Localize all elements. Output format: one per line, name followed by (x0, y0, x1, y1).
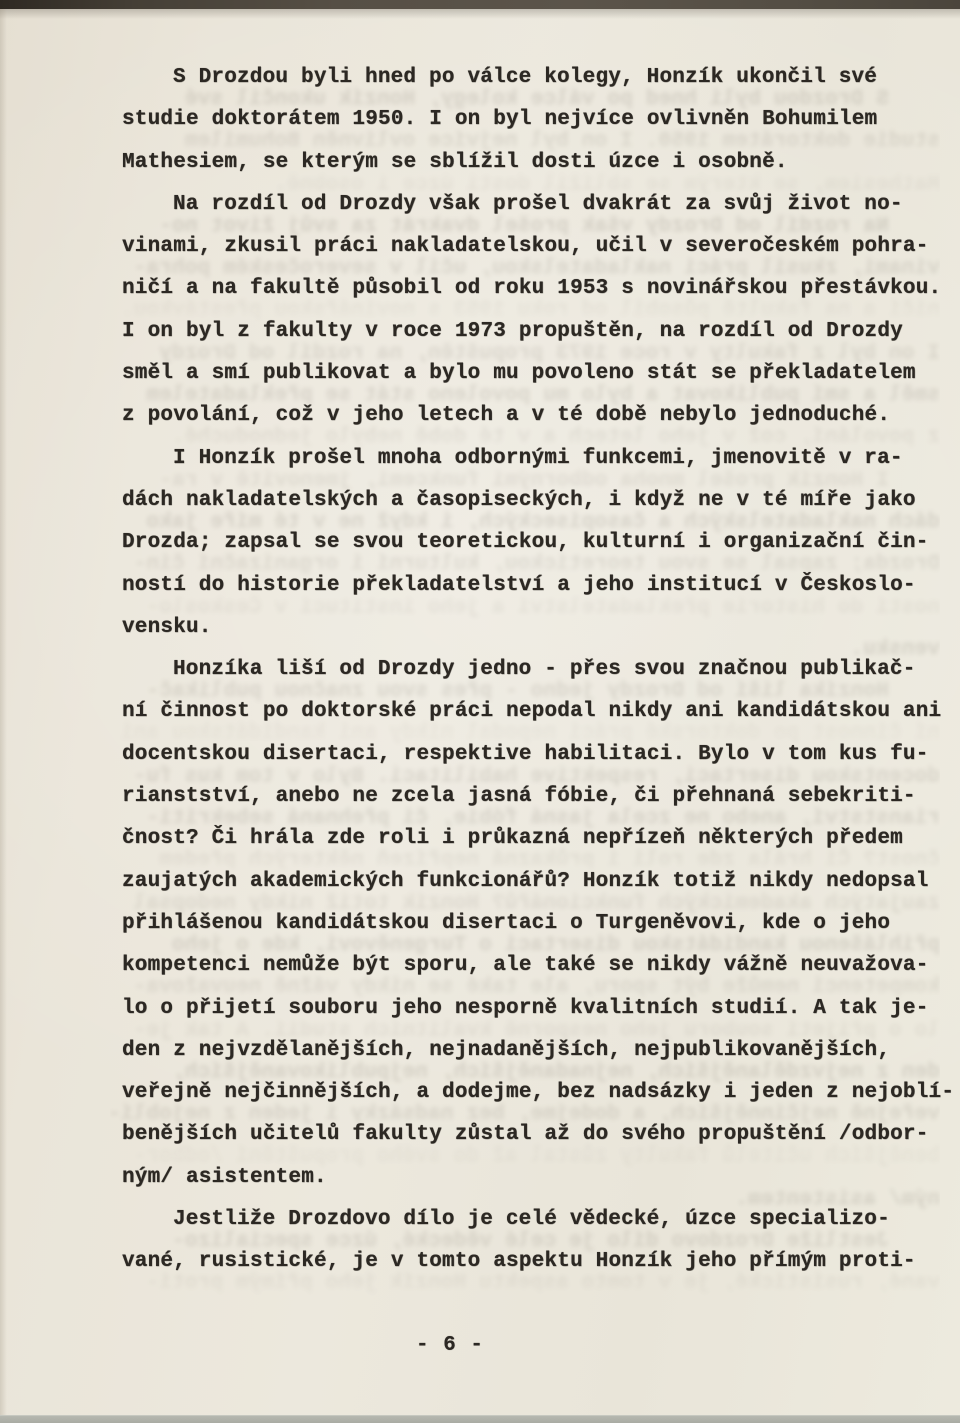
text-line: Jestliže Drozdovo dílo je celé vědecké, … (122, 1199, 952, 1241)
text-line: rianstství, anebo ne zcela jasná fóbie, … (122, 776, 952, 818)
text-line: vensku. (122, 607, 952, 649)
text-line: směl a smí publikovat a bylo mu povoleno… (122, 353, 952, 395)
text-line: lo o přijetí souboru jeho nesporně kvali… (122, 988, 952, 1030)
text-line: Na rozdíl od Drozdy však prošel dvakrát … (122, 184, 952, 226)
text-line: I Honzík prošel mnoha odbornými funkcemi… (122, 438, 952, 480)
text-line: z povolání, což v jeho letech a v té dob… (122, 395, 952, 437)
text-line: ností do historie překladatelství a jeho… (122, 565, 952, 607)
text-line: benějších učitelů fakulty zůstal až do s… (122, 1114, 952, 1156)
scanned-page: S Drozdou byli hned po válce kolegy, Hon… (0, 0, 960, 1423)
scan-left-edge (0, 9, 7, 1416)
text-line: přihlášenou kandidátskou disertaci o Tur… (122, 903, 952, 945)
typewritten-text-block: S Drozdou byli hned po válce kolegy, Hon… (122, 57, 952, 1284)
text-line: den z nejvzdělanějších, nejnadanějších, … (122, 1030, 952, 1072)
text-line: kompetenci nemůže být sporu, ale také se… (122, 945, 952, 987)
text-line: ní činnost po doktorské práci nepodal ni… (122, 691, 952, 733)
text-line: I on byl z fakulty v roce 1973 propuštěn… (122, 311, 952, 353)
text-line: Mathesiem, se kterým se sblížil dosti úz… (122, 142, 952, 184)
text-line: vané, rusistické, je v tomto aspektu Hon… (122, 1241, 952, 1283)
text-line: zaujatých akademických funkcionářů? Honz… (122, 861, 952, 903)
text-line: Honzíka liší od Drozdy jedno - přes svou… (122, 649, 952, 691)
text-line: studie doktorátem 1950. I on byl nejvíce… (122, 99, 952, 141)
scan-bottom-edge (0, 1415, 960, 1423)
text-line: S Drozdou byli hned po válce kolegy, Hon… (122, 57, 952, 99)
text-line: docentskou disertaci, respektive habilit… (122, 734, 952, 776)
page-number: - 6 - (0, 1334, 900, 1357)
text-line: Drozda; zapsal se svou teoretickou, kult… (122, 522, 952, 564)
scan-top-edge (0, 0, 960, 9)
text-line: vinami, zkusil práci nakladatelskou, uči… (122, 226, 952, 268)
text-line: ným/ asistentem. (122, 1157, 952, 1199)
text-line: dách nakladatelských a časopiseckých, i … (122, 480, 952, 522)
text-line: ničí a na fakultě působil od roku 1953 s… (122, 268, 952, 310)
text-line: veřejně nejčinnějších, a dodejme, bez na… (122, 1072, 952, 1114)
text-line: čnost? Či hrála zde roli i průkazná nepř… (122, 818, 952, 860)
